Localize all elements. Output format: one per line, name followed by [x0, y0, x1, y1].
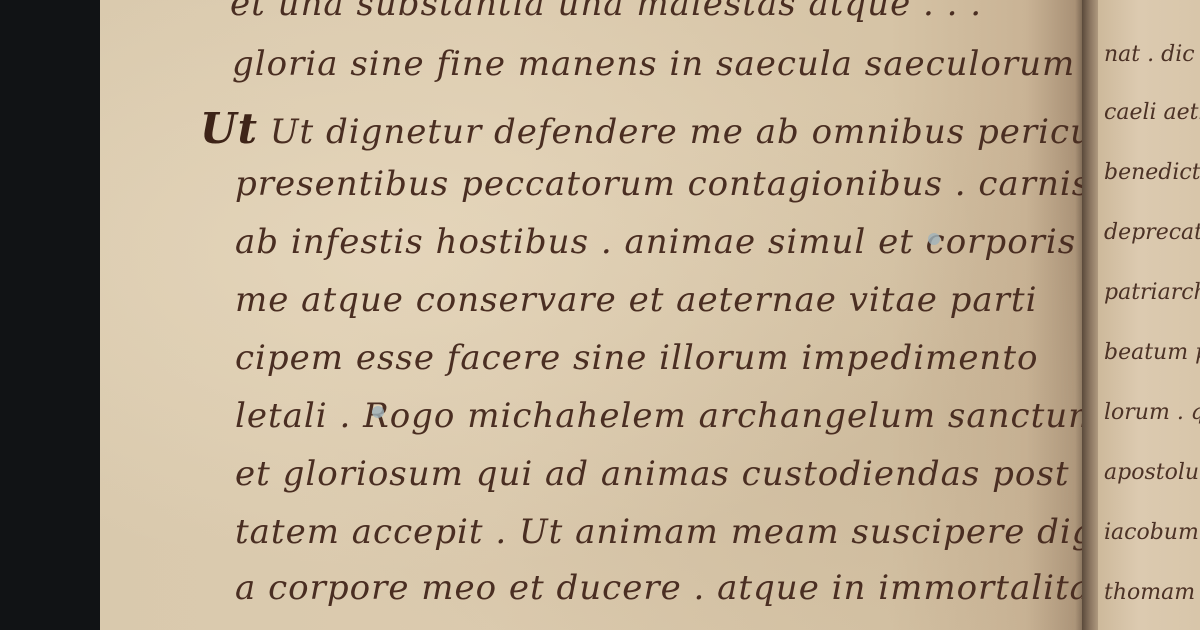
text-line-1: et una substantia una maiestas atque . .… [230, 0, 982, 24]
dark-background [0, 0, 100, 630]
text-line-5: ab infestis hostibus . animae simul et c… [235, 222, 1200, 262]
facing-line-9: iacobum . Iohann [1104, 520, 1200, 545]
facing-line-8: apostolum [1104, 460, 1200, 485]
facing-line-3: benedict [1104, 160, 1200, 185]
text-line-3: Ut Ut dignetur defendere me ab omnibus p… [200, 104, 1135, 153]
facing-line-1: nat . dic [1104, 42, 1195, 67]
manuscript-page: et una substantia una maiestas atque . .… [100, 0, 1085, 630]
text-line-11: a corpore meo et ducere . atque in immor… [235, 568, 1160, 608]
facing-line-6: beatum petrum [1104, 340, 1200, 365]
text-line-9: et gloriosum qui ad animas custodiendas … [235, 454, 1070, 494]
text-line-2: gloria sine fine manens in saecula saecu… [232, 44, 1099, 84]
text-line-10: tatem accepit . Ut animam meam suscipere… [235, 512, 1193, 552]
blue-ink-dot [928, 233, 940, 245]
decorated-initial: Ut [200, 104, 258, 153]
facing-line-4: deprecatu [1104, 220, 1200, 245]
blue-ink-dot [372, 406, 384, 418]
text-line-6: me atque conservare et aeternae vitae pa… [235, 280, 1037, 320]
text-line-3-body: Ut dignetur defendere me ab omnibus peri… [270, 112, 1135, 152]
facing-line-5: patriarche [1104, 280, 1200, 305]
facing-page: nat . dic caeli aeth benedict deprecatu … [1098, 0, 1200, 630]
facing-line-2: caeli aeth [1104, 100, 1200, 125]
facing-line-10: thomam . mat [1104, 580, 1200, 605]
facing-line-7: lorum . qui d [1104, 400, 1200, 425]
text-line-4: presentibus peccatorum contagionibus . c… [235, 164, 1200, 204]
text-line-7: cipem esse facere sine illorum impedimen… [235, 338, 1038, 378]
text-line-8: letali . Rogo michahelem archangelum san… [235, 396, 1101, 436]
